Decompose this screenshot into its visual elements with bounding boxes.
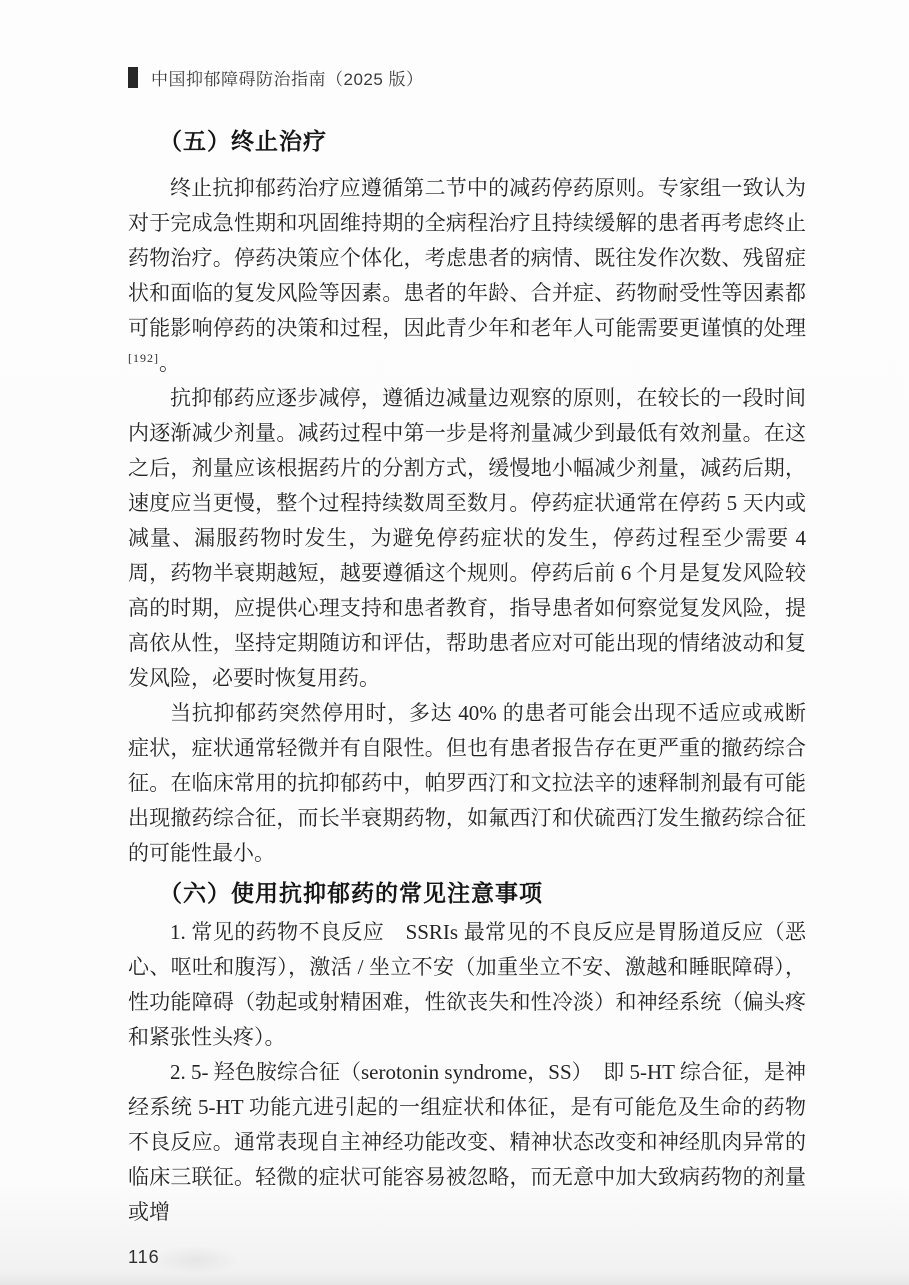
paragraph-serotonin-syndrome: 2. 5- 羟色胺综合征（serotonin syndrome，SS） 即 5-… — [128, 1055, 806, 1230]
document-page: 中国抑郁障碍防治指南（2025 版） （五）终止治疗 终止抗抑郁药治疗应遵循第二… — [0, 0, 909, 1285]
paragraph-tapering: 抗抑郁药应逐步减停，遵循边减量边观察的原则，在较长的一段时间内逐渐减少剂量。减药… — [128, 381, 806, 696]
section-heading-precautions: （六）使用抗抑郁药的常见注意事项 — [128, 878, 806, 908]
chapter-marker-icon — [128, 67, 138, 88]
section-heading-termination: （五）终止治疗 — [128, 126, 806, 156]
paragraph-text: 终止抗抑郁药治疗应遵循第二节中的减药停药原则。专家组一致认为对于完成急性期和巩固… — [128, 176, 806, 340]
paragraph-termination-1: 终止抗抑郁药治疗应遵循第二节中的减药停药原则。专家组一致认为对于完成急性期和巩固… — [128, 171, 806, 381]
paragraph-adverse-reactions: 1. 常见的药物不良反应 SSRIs 最常见的不良反应是胃肠道反应（恶心、呕吐和… — [128, 915, 806, 1055]
page-number: 116 — [128, 1247, 806, 1268]
paragraph-tail: 。 — [159, 351, 180, 375]
paragraph-discontinuation-syndrome: 当抗抑郁药突然停用时，多达 40% 的患者可能会出现不适应或戒断症状，症状通常轻… — [128, 696, 806, 871]
running-header-title: 中国抑郁障碍防治指南（2025 版） — [151, 65, 424, 90]
citation-ref-192: [192] — [128, 351, 159, 365]
running-header: 中国抑郁障碍防治指南（2025 版） — [128, 64, 806, 90]
